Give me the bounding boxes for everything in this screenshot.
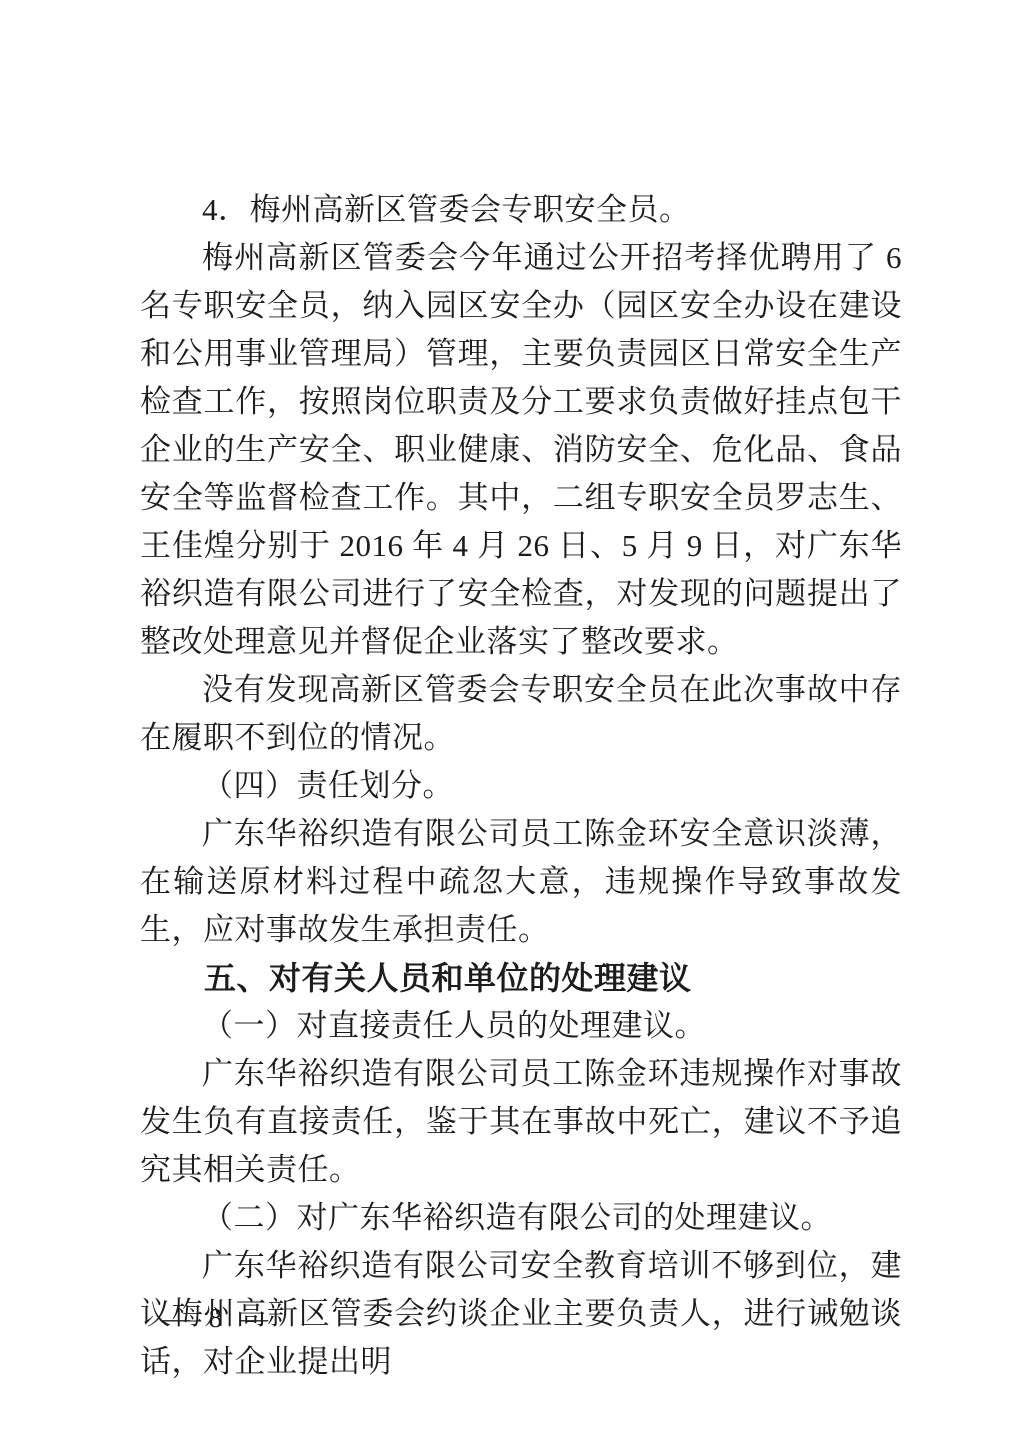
document-page: 4．梅州高新区管委会专职安全员。 梅州高新区管委会今年通过公开招考择优聘用了 6… (0, 0, 1025, 1450)
subsection-heading-direct-responsible-persons: （一）对直接责任人员的处理建议。 (140, 1002, 902, 1050)
section-heading-5-handling-suggestions: 五、对有关人员和单位的处理建议 (140, 954, 902, 1002)
paragraph-safety-officer-detail: 梅州高新区管委会今年通过公开招考择优聘用了 6 名专职安全员，纳入园区安全办（园… (140, 234, 902, 666)
subsection-heading-responsibility-division: （四）责任划分。 (140, 762, 902, 810)
paragraph-direct-responsibility-suggestion: 广东华裕织造有限公司员工陈金环违规操作对事故发生负有直接责任，鉴于其在事故中死亡… (140, 1050, 902, 1194)
paragraph-no-dereliction-found: 没有发现高新区管委会专职安全员在此次事故中存在履职不到位的情况。 (140, 666, 902, 762)
paragraph-worker-responsibility: 广东华裕织造有限公司员工陈金环安全意识淡薄，在输送原材料过程中疏忽大意，违规操作… (140, 810, 902, 954)
subsection-heading-company-handling: （二）对广东华裕织造有限公司的处理建议。 (140, 1194, 902, 1242)
paragraph-item-4-title: 4．梅州高新区管委会专职安全员。 (140, 186, 902, 234)
document-body: 4．梅州高新区管委会专职安全员。 梅州高新区管委会今年通过公开招考择优聘用了 6… (140, 186, 902, 1386)
page-number: — 8 — (163, 1303, 274, 1334)
